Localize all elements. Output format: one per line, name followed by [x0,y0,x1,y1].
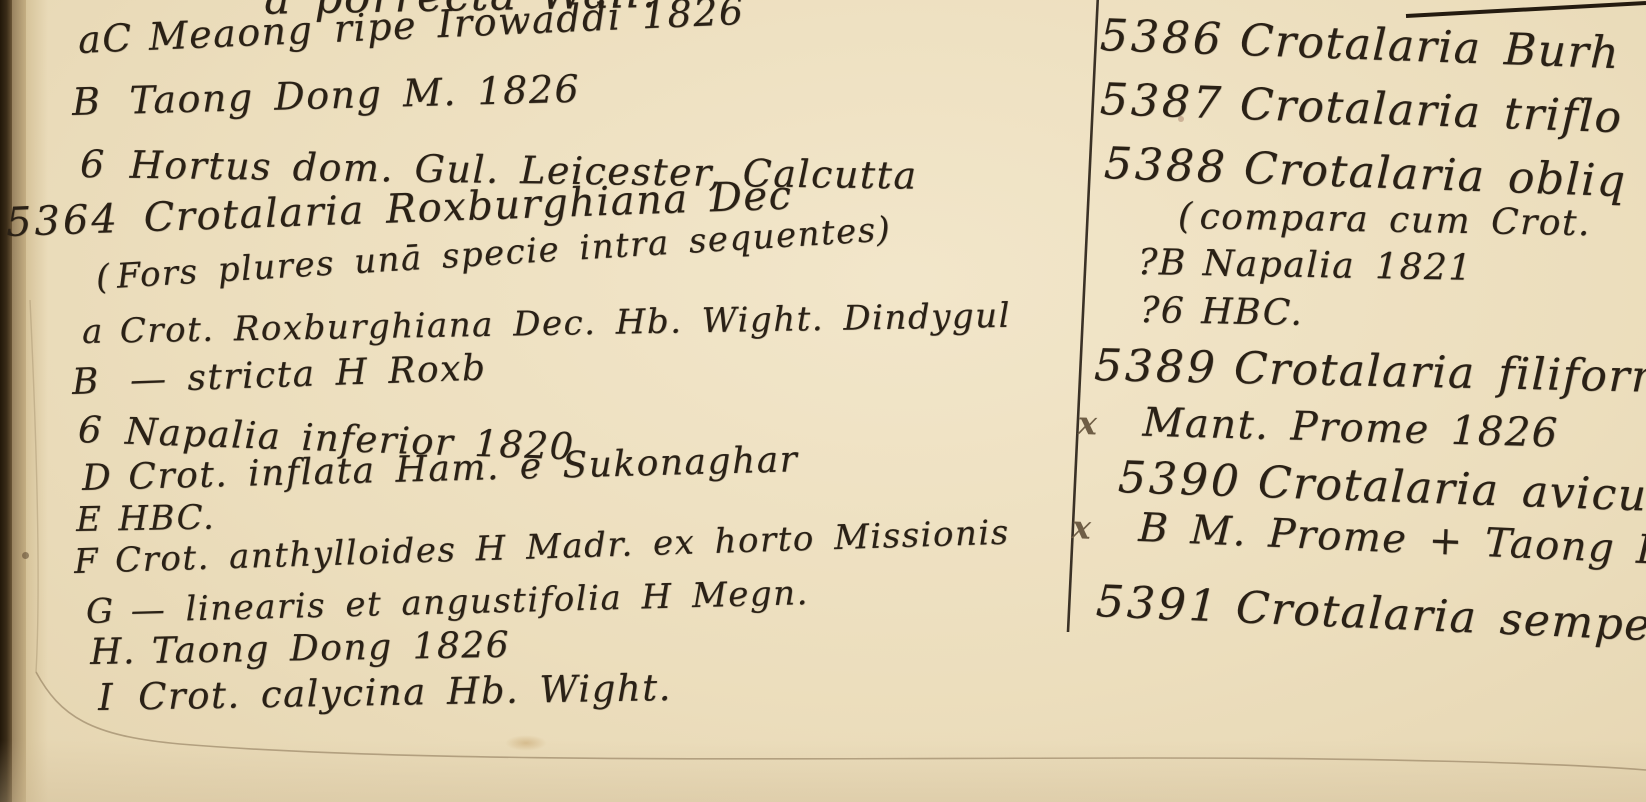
catalog-line: 5386Crotalaria Burh [1099,10,1621,79]
entry-text: Mant. Prome 1826 [1142,400,1559,457]
catalog-line: G— linearis et angustifolia H Megn. [85,573,809,632]
entry-label: aC [77,16,134,62]
entry-text: Crotalaria Burh [1239,15,1621,79]
catalog-line: (compara cum Crot. [1178,196,1592,244]
entry-label: D [81,457,112,499]
entry-text: Meaong ripe Irowaddi 1826 [148,0,746,59]
catalog-line: xMant. Prome 1826 [1077,398,1559,457]
entry-label: ( [1178,196,1194,237]
x-annotation: x [1077,404,1099,443]
manuscript-page: a porrecta Wall. aCMeaong ripe Irowaddi … [0,0,1646,802]
entry-text: Crot. calycina Hb. Wight. [138,666,672,718]
entry-text: HBC. [1201,291,1304,334]
catalog-line: ICrot. calycina Hb. Wight. [98,666,673,719]
underline-stroke [1406,3,1646,16]
entry-number: 5387 [1099,74,1225,129]
entry-text: Taong Dong 1826 [151,625,510,672]
entry-text: — linearis et angustifolia H Megn. [130,573,809,631]
entry-text: — stricta H Roxb [129,348,487,401]
page-bottom-shade [0,740,1646,802]
catalog-line: H.Taong Dong 1826 [90,625,511,673]
entry-label: ?B [1138,242,1187,284]
entry-label: H. [90,631,137,673]
catalog-line: aCMeaong ripe Irowaddi 1826 [77,0,745,62]
catalog-line: 5389Crotalaria filiform [1093,340,1646,403]
x-annotation: x [1071,508,1093,547]
entry-label: ?6 [1140,290,1186,332]
catalog-line: B— stricta H Roxb [71,348,487,403]
entry-label: 6 [77,408,104,452]
binding-edge-mid [12,0,26,802]
entry-text: Crotalaria filiform [1233,343,1646,403]
entry-number: 5390 [1117,452,1243,507]
entry-label: ( [95,257,112,298]
binding-edge-dark [0,0,12,802]
entry-number: 5386 [1099,10,1225,65]
entry-text: Taong Dong M. 1826 [129,67,581,123]
entry-number: 5391 [1095,576,1221,632]
entry-number: 5364 [5,196,120,246]
entry-label: 6 [80,142,106,186]
entry-label: F [73,541,99,582]
entry-text: HBC. [118,498,216,540]
entry-text: Crotalaria triflo [1239,79,1623,143]
entry-text: Crot. anthylloides H Madr. ex horto Miss… [114,513,1010,581]
catalog-line: ?BNapalia 1821 [1138,242,1473,289]
entry-label: B [71,361,100,403]
entry-number: 5389 [1093,340,1218,394]
entry-text: Napalia 1821 [1202,243,1473,289]
entry-text: Crot. Roxburghiana Dec. Hb. Wight. Dindy… [119,296,1011,352]
entry-number: 5388 [1103,138,1229,193]
entry-label: a [82,312,104,352]
entry-text: Crotalaria semper [1235,582,1646,652]
entry-label: I [98,676,115,719]
binding-edge-light [26,0,48,802]
catalog-line: ?6HBC. [1140,290,1304,334]
entry-label: E [76,500,103,540]
catalog-line: 5387Crotalaria triflo [1099,74,1623,143]
entry-label: G [85,591,115,632]
entry-label: B [71,79,102,124]
catalog-line: EHBC. [76,498,216,540]
catalog-line: BTaong Dong M. 1826 [71,67,580,124]
entry-text: compara cum Crot. [1199,196,1591,244]
catalog-line: aCrot. Roxburghiana Dec. Hb. Wight. Dind… [82,296,1012,352]
catalog-line: 5391Crotalaria semper [1095,576,1646,652]
